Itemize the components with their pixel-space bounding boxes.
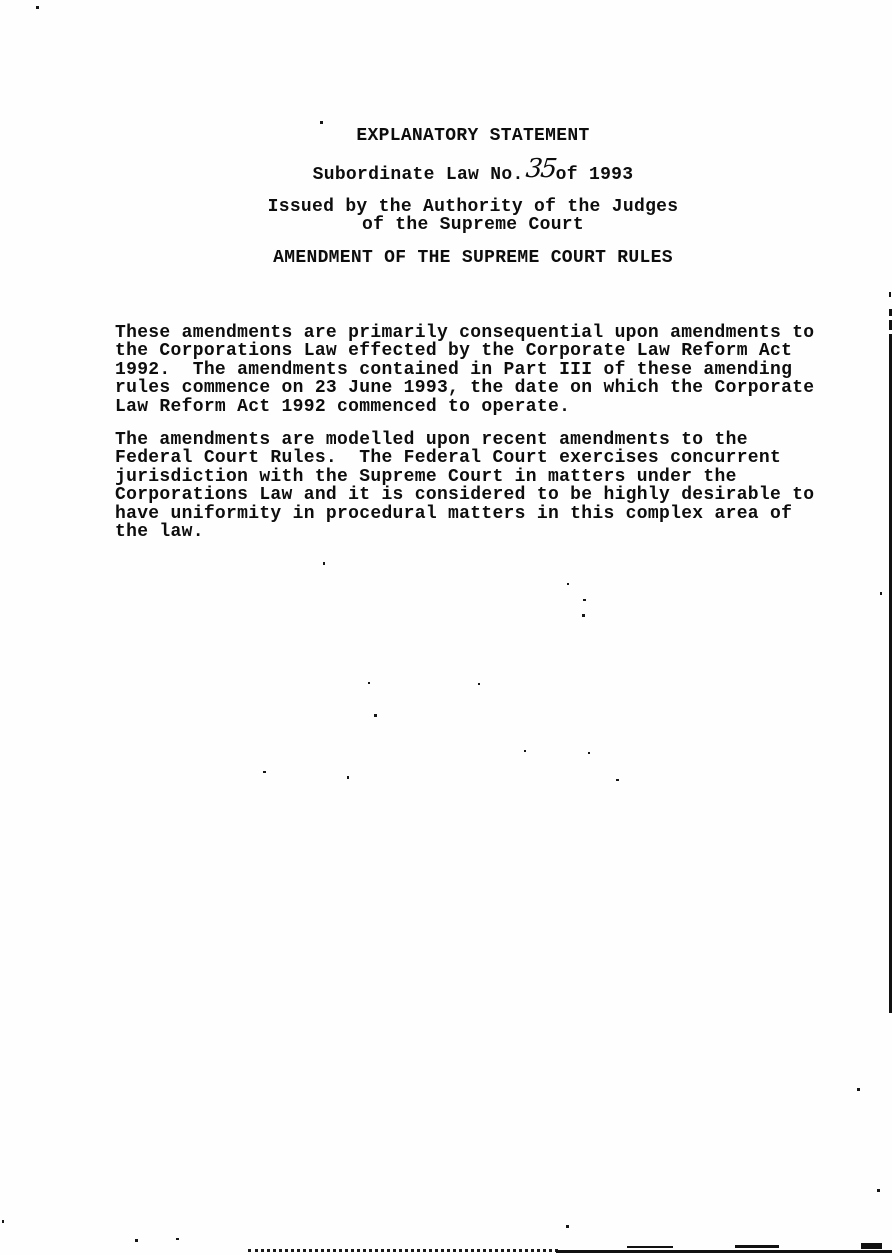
scan-speck — [323, 562, 325, 565]
scan-speck — [588, 752, 590, 754]
scan-speck — [524, 750, 526, 752]
scan-speck — [567, 583, 569, 585]
body-paragraph-2: The amendments are modelled upon recent … — [115, 431, 845, 541]
scan-speck — [857, 1088, 860, 1091]
scan-speck — [2, 1220, 4, 1223]
scan-speck — [368, 682, 370, 684]
scan-artifact-bottom-mark — [627, 1246, 673, 1248]
subordinate-law-line: Subordinate Law No.35of 1993 — [123, 162, 823, 184]
scan-artifact-bottom-solid-line — [556, 1250, 892, 1253]
subordinate-law-suffix: of 1993 — [556, 165, 634, 185]
scan-speck — [582, 614, 585, 617]
issued-by-authority-line: Issued by the Authority of the Judges of… — [123, 198, 823, 235]
scan-speck — [616, 779, 619, 781]
handwritten-law-number: 35 — [525, 160, 556, 178]
amendment-heading: AMENDMENT OF THE SUPREME COURT RULES — [123, 249, 823, 267]
subordinate-law-prefix: Subordinate Law No. — [313, 165, 524, 185]
scan-artifact-bottom-dotted-line — [248, 1249, 558, 1252]
scan-speck — [347, 776, 349, 779]
scan-speck — [263, 771, 266, 773]
scan-speck — [320, 121, 323, 124]
explanatory-statement-heading: EXPLANATORY STATEMENT — [123, 127, 823, 145]
scan-artifact-right-edge-dash — [889, 292, 891, 297]
document-header: EXPLANATORY STATEMENT Subordinate Law No… — [123, 127, 823, 287]
scan-speck — [583, 599, 586, 601]
scan-artifact-bottom-corner-mark — [861, 1243, 882, 1249]
scan-speck — [374, 714, 377, 717]
scan-speck — [36, 6, 39, 9]
scan-speck — [566, 1225, 569, 1228]
scan-speck — [877, 1189, 880, 1192]
scan-speck — [135, 1239, 138, 1242]
scan-artifact-bottom-mark — [735, 1245, 779, 1248]
scan-speck — [478, 683, 480, 685]
scan-speck — [880, 592, 882, 595]
document-page: EXPLANATORY STATEMENT Subordinate Law No… — [0, 0, 892, 1255]
body-paragraph-1: These amendments are primarily consequen… — [115, 324, 845, 416]
scan-speck — [176, 1238, 179, 1240]
